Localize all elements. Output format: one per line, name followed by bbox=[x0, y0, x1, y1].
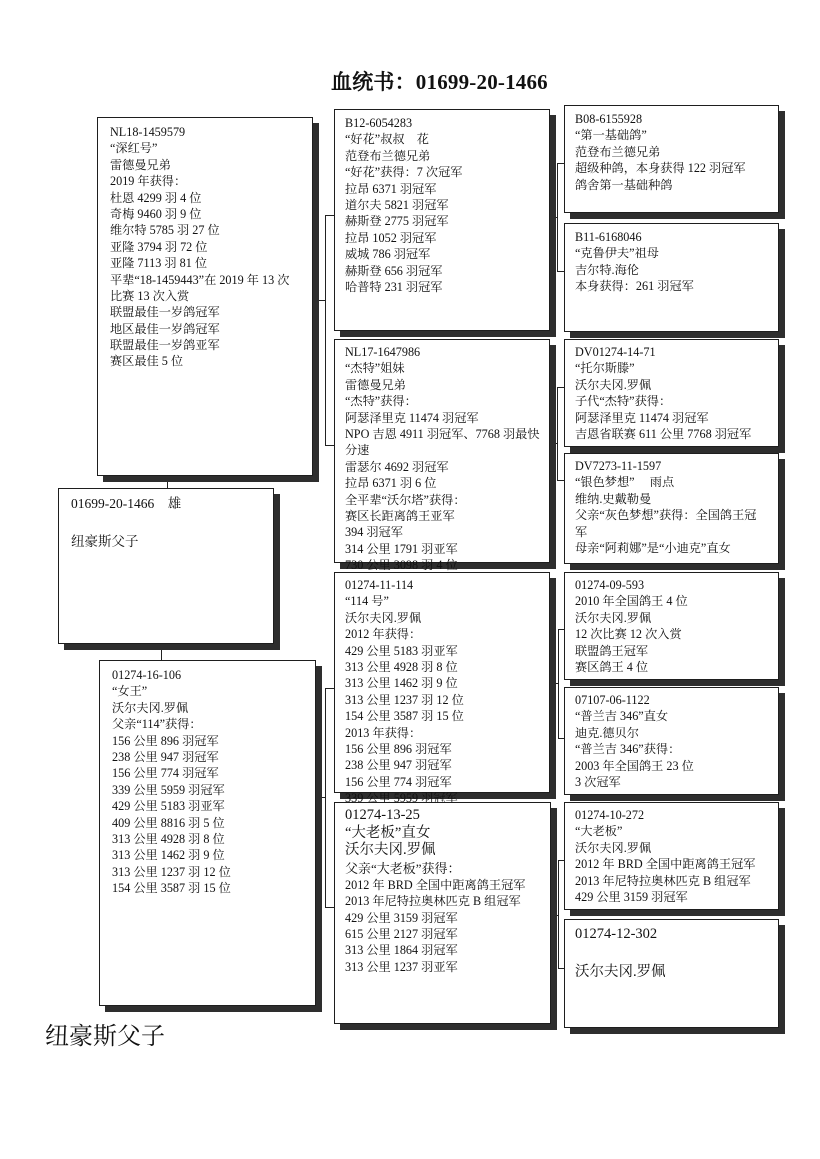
ring-number: NL18-1459579 bbox=[110, 124, 312, 140]
pedigree-line: 730 公里 3098 羽 4 位 bbox=[345, 557, 549, 573]
pedigree-box-dam-dam-sire: 01274-10-272 “大老板” 沃尔夫冈.罗佩 2012 年 BRD 全国… bbox=[564, 802, 779, 910]
pedigree-line: 阿瑟泽里克 11474 羽冠军 bbox=[575, 410, 778, 426]
ring-number: DV7273-11-1597 bbox=[575, 458, 778, 474]
pedigree-line: 2012 年 BRD 全国中距离鸽王冠军 bbox=[575, 856, 778, 872]
subject-header: 01699-20-1466 雄 bbox=[71, 495, 273, 513]
pedigree-box-dam-dam: 01274-13-25 “大老板”直女 沃尔夫冈.罗佩 父亲“大老板”获得： 2… bbox=[334, 802, 551, 1024]
pedigree-line: 军 bbox=[575, 524, 778, 540]
breeder: 维纳.史戴勒曼 bbox=[575, 491, 778, 507]
pedigree-line: 子代“杰特”获得： bbox=[575, 393, 778, 409]
pedigree-line: 鸽舍第一基础种鸽 bbox=[575, 177, 778, 193]
breeder: 沃尔夫冈.罗佩 bbox=[575, 377, 778, 393]
pedigree-line: 313 公里 1237 羽亚军 bbox=[345, 959, 550, 975]
bird-name: “普兰吉 346”直女 bbox=[575, 708, 778, 724]
bracket-sire-dam-parents bbox=[557, 387, 564, 481]
pedigree-line: 313 公里 4928 羽 8 位 bbox=[112, 831, 315, 847]
pedigree-box-dam-sire-dam: 07107-06-1122 “普兰吉 346”直女 迪克.德贝尔 “普兰吉 34… bbox=[564, 687, 779, 795]
pedigree-line: 超级种鸽，本身获得 122 羽冠军 bbox=[575, 160, 778, 176]
pedigree-line: 156 公里 774 羽冠军 bbox=[112, 765, 315, 781]
pedigree-line: 吉恩省联赛 611 公里 7768 羽冠军 bbox=[575, 426, 778, 442]
connector-sire-subject bbox=[167, 476, 168, 488]
breeder: 沃尔夫冈.罗佩 bbox=[345, 610, 549, 626]
breeder: 范登布兰德兄弟 bbox=[575, 144, 778, 160]
connector-sire-dam-parents bbox=[550, 443, 557, 444]
pedigree-line: 阿瑟泽里克 11474 羽冠军 bbox=[345, 410, 549, 426]
pedigree-box-dam-sire: 01274-11-114 “114 号” 沃尔夫冈.罗佩 2012 年获得： 4… bbox=[334, 572, 550, 793]
pedigree-line: 全平辈“沃尔塔”获得： bbox=[345, 492, 549, 508]
breeder-footer: 纽豪斯父子 bbox=[45, 1016, 165, 1051]
bird-name: “克鲁伊夫”祖母 bbox=[575, 245, 778, 261]
pedigree-box-sire-dam: NL17-1647986 “杰特”姐妹 雷德曼兄弟 “杰特”获得： 阿瑟泽里克 … bbox=[334, 339, 550, 563]
pedigree-box-sire-sire-dam: B11-6168046 “克鲁伊夫”祖母 吉尔特.海伦 本身获得：261 羽冠军 bbox=[564, 223, 779, 332]
ring-number: B12-6054283 bbox=[345, 115, 549, 131]
pedigree-line: 313 公里 1237 羽 12 位 bbox=[112, 864, 315, 880]
connector-subject-dam bbox=[161, 644, 162, 660]
pedigree-line: 394 羽冠军 bbox=[345, 524, 549, 540]
breeder: 吉尔特.海伦 bbox=[575, 262, 778, 278]
bird-name: “杰特”姐妹 bbox=[345, 360, 549, 376]
breeder: 雷德曼兄弟 bbox=[345, 377, 549, 393]
pedigree-line: 2013 年获得： bbox=[345, 725, 549, 741]
pedigree-line: 238 公里 947 羽冠军 bbox=[112, 749, 315, 765]
pedigree-line: 父亲“大老板”获得： bbox=[345, 860, 550, 877]
pedigree-box-sire-dam-sire: DV01274-14-71 “托尔斯滕” 沃尔夫冈.罗佩 子代“杰特”获得： 阿… bbox=[564, 339, 779, 447]
ring-number: B08-6155928 bbox=[575, 111, 778, 127]
breeder: 沃尔夫冈.罗佩 bbox=[575, 840, 778, 856]
pedigree-line: “杰特”获得： bbox=[345, 393, 549, 409]
pedigree-line: 2012 年获得： bbox=[345, 626, 549, 642]
ring-number: 07107-06-1122 bbox=[575, 692, 778, 708]
pedigree-line: 2012 年 BRD 全国中距离鸽王冠军 bbox=[345, 877, 550, 893]
bird-name: “大老板”直女 bbox=[345, 825, 550, 843]
ring-number: B11-6168046 bbox=[575, 229, 778, 245]
pedigree-line: 本身获得：261 羽冠军 bbox=[575, 278, 778, 294]
bird-name: “114 号” bbox=[345, 593, 549, 609]
pedigree-line: 429 公里 5183 羽亚军 bbox=[345, 643, 549, 659]
connector-sire-sire-parents bbox=[550, 217, 557, 218]
pedigree-line: 比赛 13 次入赏 bbox=[110, 288, 312, 304]
pedigree-box-sire-sire-sire: B08-6155928 “第一基础鸽” 范登布兰德兄弟 超级种鸽，本身获得 12… bbox=[564, 105, 779, 213]
pedigree-line: 母亲“阿莉娜”是“小迪克”直女 bbox=[575, 540, 778, 556]
bird-name: “女王” bbox=[112, 683, 315, 699]
pedigree-line: 哈普特 231 羽冠军 bbox=[345, 279, 549, 295]
pedigree-line: 2013 年尼特拉奥林匹克 B 组冠军 bbox=[575, 873, 778, 889]
bracket-sire-parents bbox=[325, 215, 334, 446]
pedigree-line: NPO 吉恩 4911 羽冠军、7768 羽最快 bbox=[345, 426, 549, 442]
ring-number: NL17-1647986 bbox=[345, 344, 549, 360]
pedigree-line: “普兰吉 346”获得： bbox=[575, 741, 778, 757]
pedigree-line: 314 公里 1791 羽亚军 bbox=[345, 541, 549, 557]
pedigree-line: 238 公里 947 羽冠军 bbox=[345, 757, 549, 773]
pedigree-line: 156 公里 774 羽冠军 bbox=[345, 774, 549, 790]
pedigree-line: 拉昂 6371 羽 6 位 bbox=[345, 475, 549, 491]
pedigree-line: 156 公里 896 羽冠军 bbox=[112, 733, 315, 749]
sex-label: 雄 bbox=[168, 496, 182, 511]
connector-dam-parents bbox=[315, 797, 325, 798]
pedigree-line: “好花”获得：7 次冠军 bbox=[345, 164, 549, 180]
pedigree-line: 赛区鸽王 4 位 bbox=[575, 659, 778, 675]
pedigree-line: 联盟最佳一岁鸽亚军 bbox=[110, 337, 312, 353]
pedigree-line: 2003 年全国鸽王 23 位 bbox=[575, 758, 778, 774]
pedigree-line: 威城 786 羽冠军 bbox=[345, 246, 549, 262]
ring-number: 01274-12-302 bbox=[575, 926, 778, 944]
pedigree-line: 赛区最佳 5 位 bbox=[110, 353, 312, 369]
pedigree-line: 赫斯登 656 羽冠军 bbox=[345, 263, 549, 279]
breeder: 沃尔夫冈.罗佩 bbox=[345, 842, 550, 860]
bird-name: “好花”叔叔 花 bbox=[345, 131, 549, 147]
pedigree-box-dam: 01274-16-106 “女王” 沃尔夫冈.罗佩 父亲“114”获得： 156… bbox=[99, 660, 316, 1006]
ring-number: 01274-11-114 bbox=[345, 577, 549, 593]
pedigree-line: 赫斯登 2775 羽冠军 bbox=[345, 213, 549, 229]
pedigree-line: 平辈“18-1459443”在 2019 年 13 次 bbox=[110, 272, 312, 288]
ring-number: 01274-10-272 bbox=[575, 807, 778, 823]
pedigree-line: 亚隆 3794 羽 72 位 bbox=[110, 239, 312, 255]
pedigree-line: 2010 年全国鸽王 4 位 bbox=[575, 593, 778, 609]
pedigree-line: 维尔特 5785 羽 27 位 bbox=[110, 222, 312, 238]
pedigree-line: 615 公里 2127 羽冠军 bbox=[345, 926, 550, 942]
breeder: 雷德曼兄弟 bbox=[110, 157, 312, 173]
pedigree-line: 拉昂 6371 羽冠军 bbox=[345, 181, 549, 197]
pedigree-line: 雷瑟尔 4692 羽冠军 bbox=[345, 459, 549, 475]
pedigree-line: 429 公里 5183 羽亚军 bbox=[112, 798, 315, 814]
bird-name: “大老板” bbox=[575, 823, 778, 839]
pedigree-line: 12 次比赛 12 次入赏 bbox=[575, 626, 778, 642]
bird-name: “银色梦想” 雨点 bbox=[575, 474, 778, 490]
breeder: 沃尔夫冈.罗佩 bbox=[575, 964, 778, 982]
pedigree-line: 313 公里 4928 羽 8 位 bbox=[345, 659, 549, 675]
pedigree-line: 道尔夫 5821 羽冠军 bbox=[345, 197, 549, 213]
page-title: 血统书：01699-20-1466 bbox=[331, 66, 548, 96]
breeder: 沃尔夫冈.罗佩 bbox=[575, 610, 778, 626]
bracket-sire-sire-parents bbox=[557, 163, 564, 272]
pedigree-line: 313 公里 1462 羽 9 位 bbox=[112, 847, 315, 863]
pedigree-line: 429 公里 3159 羽冠军 bbox=[575, 889, 778, 905]
pedigree-line: 拉昂 1052 羽冠军 bbox=[345, 230, 549, 246]
pedigree-box-sire: NL18-1459579 “深红号” 雷德曼兄弟 2019 年获得： 杜恩 42… bbox=[97, 117, 313, 476]
pedigree-line: 313 公里 1864 羽冠军 bbox=[345, 942, 550, 958]
pedigree-line: 亚隆 7113 羽 81 位 bbox=[110, 255, 312, 271]
pedigree-box-sire-dam-dam: DV7273-11-1597 “银色梦想” 雨点 维纳.史戴勒曼 父亲“灰色梦想… bbox=[564, 453, 779, 564]
pedigree-line: 父亲“灰色梦想”获得：全国鸽王冠 bbox=[575, 507, 778, 523]
ring-number: 01274-13-25 bbox=[345, 807, 550, 825]
pedigree-box-dam-sire-sire: 01274-09-593 2010 年全国鸽王 4 位 沃尔夫冈.罗佩 12 次… bbox=[564, 572, 779, 680]
pedigree-line: 154 公里 3587 羽 15 位 bbox=[345, 708, 549, 724]
pedigree-line: 赛区长距离鸽王亚军 bbox=[345, 508, 549, 524]
ring-number: 01274-16-106 bbox=[112, 667, 315, 683]
bird-name: “深红号” bbox=[110, 140, 312, 156]
pedigree-box-sire-sire: B12-6054283 “好花”叔叔 花 范登布兰德兄弟 “好花”获得：7 次冠… bbox=[334, 109, 550, 331]
pedigree-line: 杜恩 4299 羽 4 位 bbox=[110, 190, 312, 206]
ring-number: 01699-20-1466 bbox=[71, 496, 154, 511]
pedigree-box-dam-dam-dam: 01274-12-302 沃尔夫冈.罗佩 bbox=[564, 919, 779, 1028]
pedigree-line: 分速 bbox=[345, 442, 549, 458]
pedigree-line: 2019 年获得： bbox=[110, 173, 312, 189]
ring-number: 01274-09-593 bbox=[575, 577, 778, 593]
pedigree-line: 156 公里 896 羽冠军 bbox=[345, 741, 549, 757]
ring-number: DV01274-14-71 bbox=[575, 344, 778, 360]
blank-line bbox=[575, 944, 778, 964]
breeder: 沃尔夫冈.罗佩 bbox=[112, 700, 315, 716]
connector-dam-sire-parents bbox=[550, 683, 558, 684]
breeder: 迪克.德贝尔 bbox=[575, 725, 778, 741]
pedigree-line: 154 公里 3587 羽 15 位 bbox=[112, 880, 315, 896]
pedigree-line: 3 次冠军 bbox=[575, 774, 778, 790]
pedigree-line: 313 公里 1237 羽 12 位 bbox=[345, 692, 549, 708]
bird-name: “第一基础鸽” bbox=[575, 127, 778, 143]
pedigree-line: 313 公里 1462 羽 9 位 bbox=[345, 675, 549, 691]
bracket-dam-parents bbox=[325, 688, 334, 908]
pedigree-line: 339 公里 5959 羽冠军 bbox=[112, 782, 315, 798]
connector-sire-parents bbox=[312, 300, 325, 301]
pedigree-line: 409 公里 8816 羽 5 位 bbox=[112, 815, 315, 831]
pedigree-line: 地区最佳一岁鸽冠军 bbox=[110, 321, 312, 337]
breeder: 范登布兰德兄弟 bbox=[345, 148, 549, 164]
pedigree-line: 2013 年尼特拉奥林匹克 B 组冠军 bbox=[345, 893, 550, 909]
pedigree-line: 429 公里 3159 羽冠军 bbox=[345, 910, 550, 926]
pedigree-line: 联盟鸽王冠军 bbox=[575, 643, 778, 659]
pedigree-box-subject: 01699-20-1466 雄 纽豪斯父子 bbox=[58, 488, 274, 644]
pedigree-line: 联盟最佳一岁鸽冠军 bbox=[110, 304, 312, 320]
subject-owner: 纽豪斯父子 bbox=[71, 533, 273, 551]
connector-dam-dam-parents bbox=[550, 915, 558, 916]
bird-name: “托尔斯滕” bbox=[575, 360, 778, 376]
pedigree-line: 奇梅 9460 羽 9 位 bbox=[110, 206, 312, 222]
pedigree-line: 父亲“114”获得： bbox=[112, 716, 315, 732]
